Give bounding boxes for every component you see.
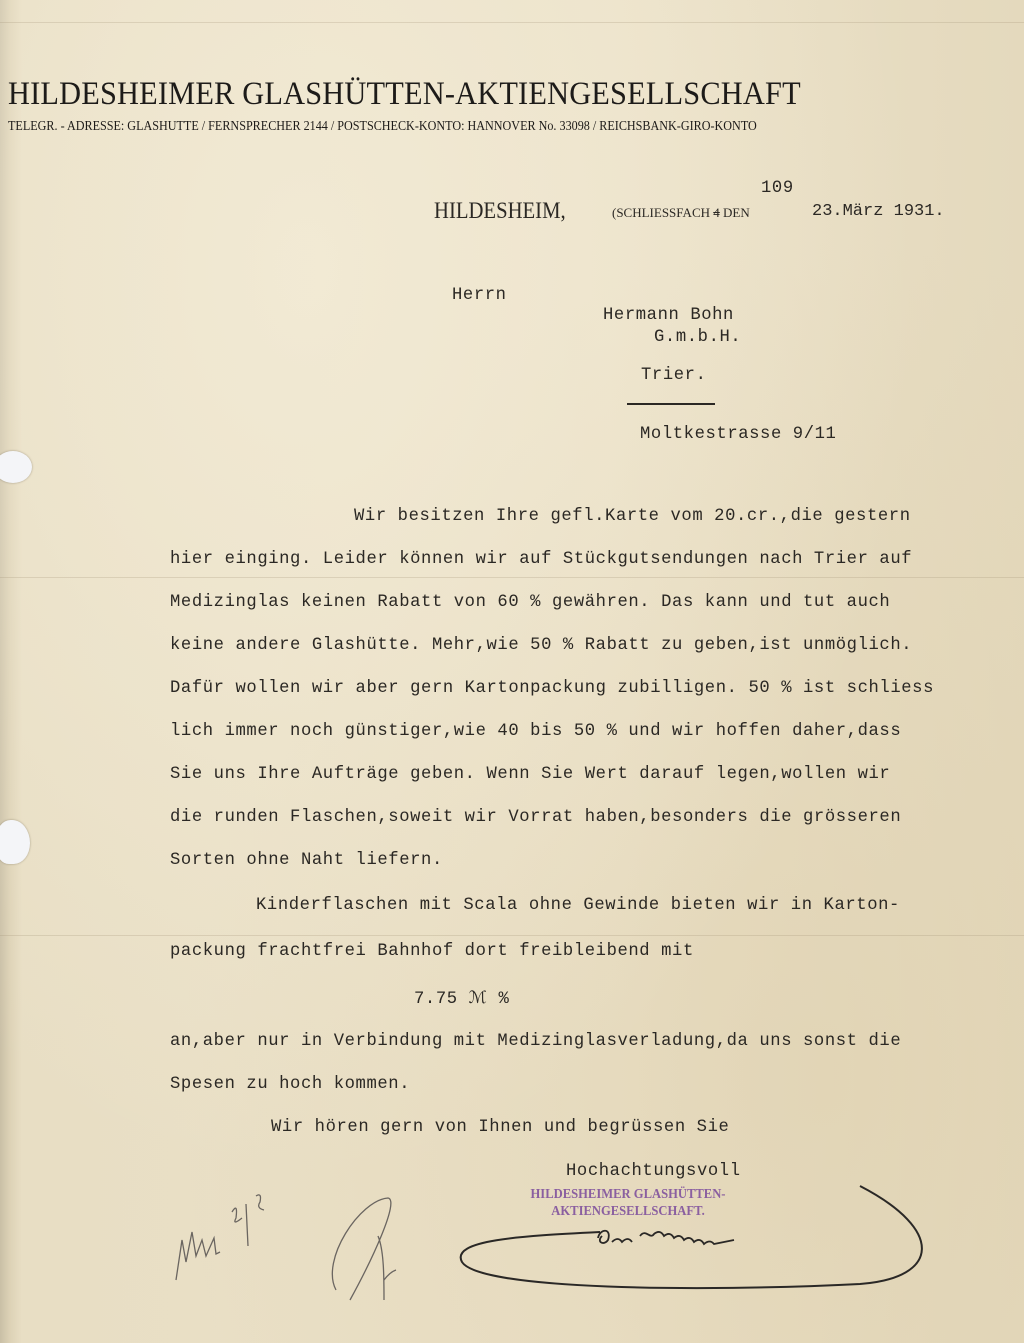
signature — [598, 1231, 734, 1244]
pencil-flourish — [332, 1198, 396, 1300]
pencil-initials — [176, 1232, 220, 1280]
signature-loop — [461, 1186, 922, 1288]
handwriting-overlay — [0, 0, 1024, 1343]
pencil-date-note — [232, 1195, 264, 1246]
